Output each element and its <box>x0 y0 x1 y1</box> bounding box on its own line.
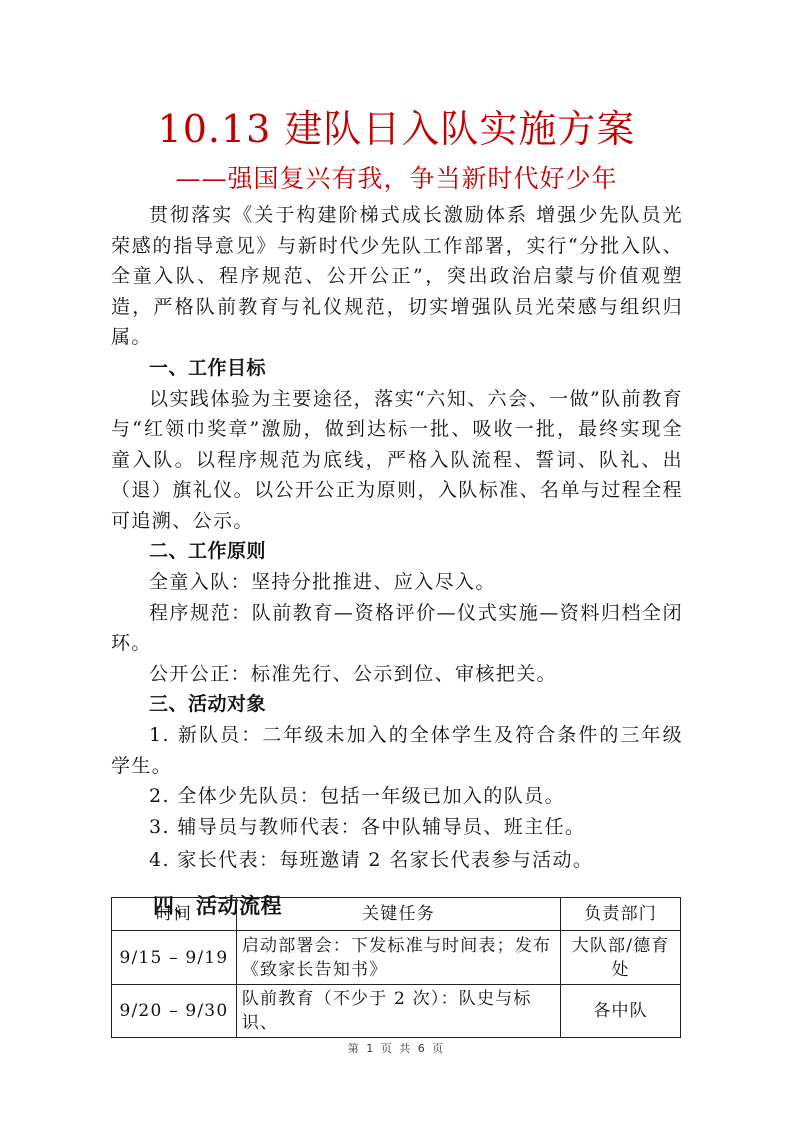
table-header-row: 时间 关键任务 负责部门 <box>112 898 681 931</box>
dept-cell: 各中队 <box>561 985 681 1038</box>
task-cell: 启动部署会：下发标准与时间表；发布《致家长告知书》 <box>236 931 560 985</box>
document-subtitle: ——强国复兴有我，争当新时代好少年 <box>0 162 793 196</box>
task-bold-label: 队前教育 <box>242 989 315 1009</box>
process-table: 时间 关键任务 负责部门 9/15 – 9/19 启动部署会：下发标准与时间表；… <box>111 897 681 1038</box>
time-cell: 9/20 – 9/30 <box>112 985 237 1038</box>
task-cell: 队前教育（不少于 2 次）：队史与标识、 <box>236 985 560 1038</box>
dept-cell: 大队部/德育处 <box>561 931 681 985</box>
table-header-cell: 关键任务 <box>236 898 560 931</box>
table-header-cell: 时间 <box>112 898 237 931</box>
table-header-cell: 负责部门 <box>561 898 681 931</box>
target-item: 3. 辅导员与教师代表：各中队辅导员、班主任。 <box>111 812 683 843</box>
document-body: 贯彻落实《关于构建阶梯式成长激励体系 增强少先队员光荣感的指导意见》与新时代少先… <box>111 200 683 924</box>
document-page: 10.13 建队日入队实施方案 ——强国复兴有我，争当新时代好少年 贯彻落实《关… <box>0 0 793 1122</box>
document-title: 10.13 建队日入队实施方案 <box>0 104 793 154</box>
principle-item: 全童入队：坚持分批推进、应入尽入。 <box>111 567 683 598</box>
principle-item: 公开公正：标准先行、公示到位、审核把关。 <box>111 659 683 690</box>
table-row: 9/20 – 9/30 队前教育（不少于 2 次）：队史与标识、 各中队 <box>112 985 681 1038</box>
principle-item: 程序规范：队前教育—资格评价—仪式实施—资料归档全闭环。 <box>111 598 683 659</box>
table-row: 9/15 – 9/19 启动部署会：下发标准与时间表；发布《致家长告知书》 大队… <box>112 931 681 985</box>
goals-paragraph: 以实践体验为主要途径，落实“六知、六会、一做”队前教育与“红领巾奖章”激励，做到… <box>111 384 683 537</box>
target-item: 4. 家长代表：每班邀请 2 名家长代表参与活动。 <box>111 845 683 876</box>
page-footer: 第 1 页 共 6 页 <box>0 1040 793 1056</box>
intro-paragraph: 贯彻落实《关于构建阶梯式成长激励体系 增强少先队员光荣感的指导意见》与新时代少先… <box>111 200 683 353</box>
time-cell: 9/15 – 9/19 <box>112 931 237 985</box>
section-heading-principles: 二、工作原则 <box>111 536 683 567</box>
target-item: 1. 新队员：二年级未加入的全体学生及符合条件的三年级学生。 <box>111 720 683 781</box>
section-heading-goals: 一、工作目标 <box>111 353 683 384</box>
section-heading-targets: 三、活动对象 <box>111 689 683 720</box>
target-item: 2. 全体少先队员：包括一年级已加入的队员。 <box>111 781 683 812</box>
